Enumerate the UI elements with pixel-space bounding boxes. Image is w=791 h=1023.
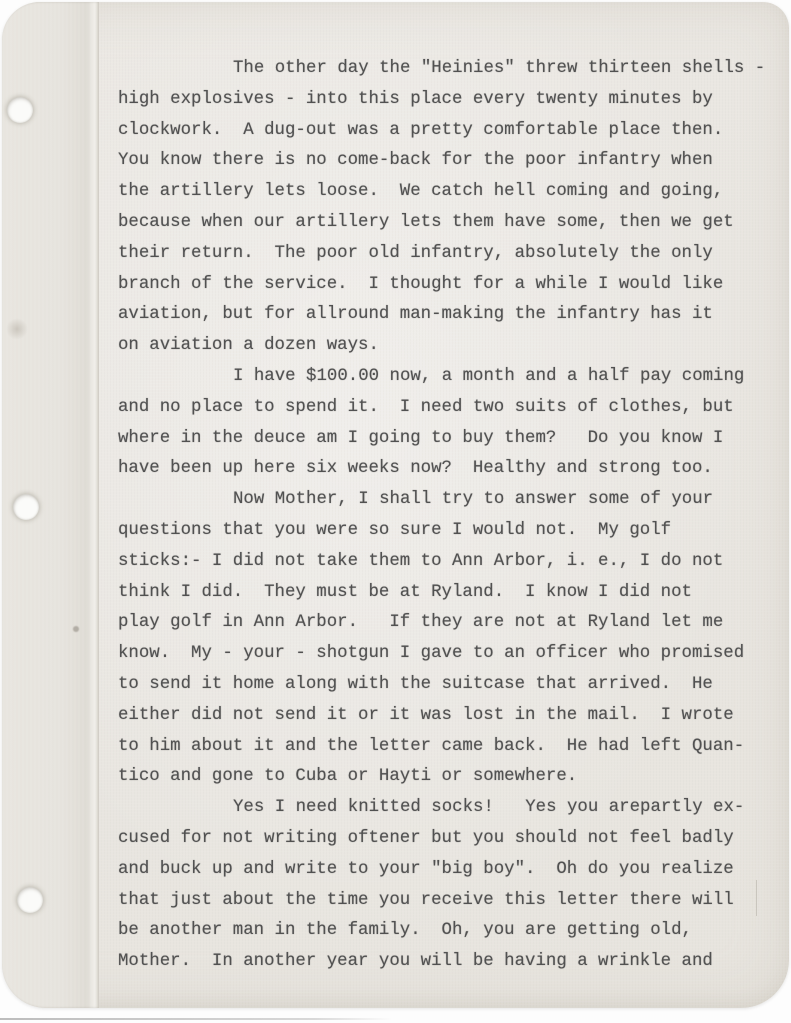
typed-line: to him about it and the letter came back… (118, 732, 770, 763)
typed-line: The other day the "Heinies" threw thirte… (118, 54, 770, 85)
typed-line: be another man in the family. Oh, you ar… (118, 916, 770, 947)
typed-line: aviation, but for allround man-making th… (118, 300, 770, 331)
typed-line: clockwork. A dug-out was a pretty comfor… (118, 116, 770, 147)
typed-line: because when our artillery lets them hav… (118, 208, 770, 239)
typed-line: play golf in Ann Arbor. If they are not … (118, 608, 770, 639)
typed-line: their return. The poor old infantry, abs… (118, 239, 770, 270)
typed-line: questions that you were so sure I would … (118, 516, 770, 547)
typed-line: and no place to spend it. I need two sui… (118, 393, 770, 424)
typed-line: Now Mother, I shall try to answer some o… (118, 485, 770, 516)
typed-line: the artillery lets loose. We catch hell … (118, 177, 770, 208)
paper-speck (73, 626, 79, 632)
typed-line: that just about the time you receive thi… (118, 886, 770, 917)
typed-line: either did not send it or it was lost in… (118, 701, 770, 732)
paper-stain (6, 318, 28, 340)
typed-line: branch of the service. I thought for a w… (118, 270, 770, 301)
punch-hole (17, 887, 43, 913)
typed-line: and buck up and write to your "big boy".… (118, 855, 770, 886)
typed-line: I have $100.00 now, a month and a half p… (118, 362, 770, 393)
typed-line: tico and gone to Cuba or Hayti or somewh… (118, 762, 770, 793)
scan-background: The other day the "Heinies" threw thirte… (0, 0, 791, 1023)
typed-line: know. My - your - shotgun I gave to an o… (118, 639, 770, 670)
typed-line: where in the deuce am I going to buy the… (118, 424, 770, 455)
typed-line: to send it home along with the suitcase … (118, 670, 770, 701)
letter-text: The other day the "Heinies" threw thirte… (118, 54, 770, 978)
punch-hole (7, 97, 33, 123)
typed-line: cused for not writing oftener but you sh… (118, 824, 770, 855)
typed-line: on aviation a dozen ways. (118, 331, 770, 362)
typed-line: sticks:- I did not take them to Ann Arbo… (118, 547, 770, 578)
scan-edge-line (0, 1018, 392, 1020)
typed-line: high explosives - into this place every … (118, 85, 770, 116)
typed-line: Mother. In another year you will be havi… (118, 947, 770, 978)
typed-line: You know there is no come-back for the p… (118, 146, 770, 177)
typed-line: have been up here six weeks now? Healthy… (118, 454, 770, 485)
punch-hole (13, 494, 39, 520)
typed-line: Yes I need knitted socks! Yes you arepar… (118, 793, 770, 824)
typed-line: think I did. They must be at Ryland. I k… (118, 578, 770, 609)
